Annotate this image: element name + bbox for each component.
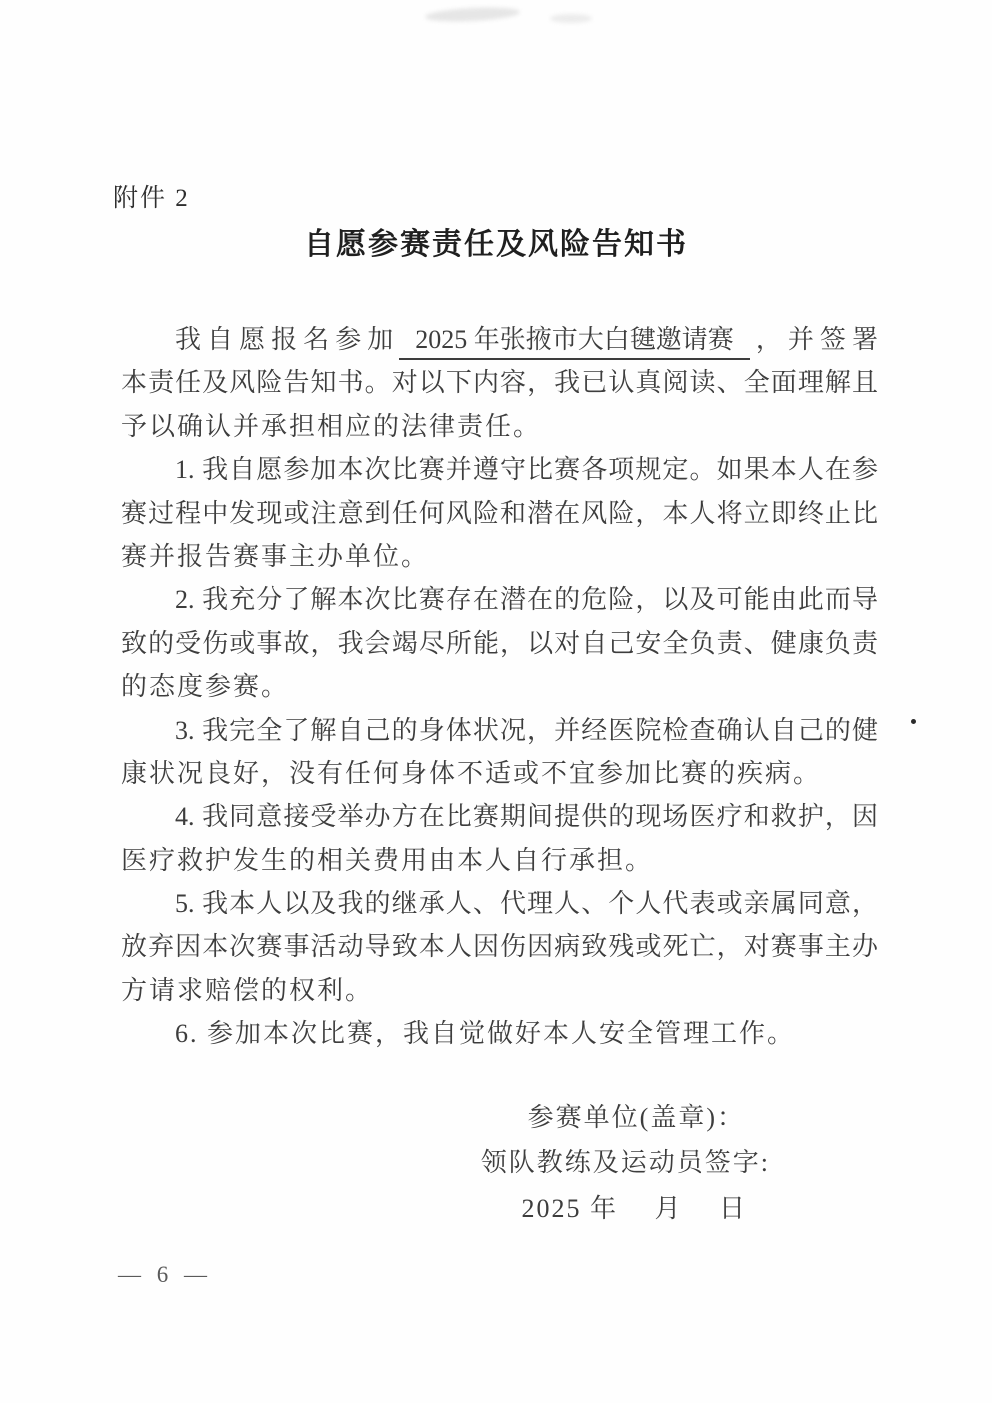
clause-3-line-2: 康状况良好，没有任何身体不适或不宜参加比赛的疾病。 <box>121 752 878 795</box>
page-number: — 6 — <box>118 1262 212 1288</box>
clause-2-line-1: 2. 我充分了解本次比赛存在潜在的危险，以及可能由此而导 <box>121 578 878 621</box>
intro-line-3: 予以确认并承担相应的法律责任。 <box>121 405 878 448</box>
scanned-document-page: 附件 2 自愿参赛责任及风险告知书 我自愿报名参加2025 年张掖市大白毽邀请赛… <box>0 0 992 1403</box>
clause-5-line-3: 方请求赔偿的权利。 <box>121 969 878 1012</box>
clause-5-line-2: 放弃因本次赛事活动导致本人因伤因病致残或死亡，对赛事主办 <box>121 925 878 968</box>
clause-1-line-2: 赛过程中发现或注意到任何风险和潜在风险，本人将立即终止比 <box>121 492 878 535</box>
clause-4-line-1: 4. 我同意接受举办方在比赛期间提供的现场医疗和救护，因 <box>121 795 878 838</box>
ink-dot-artifact <box>911 719 916 724</box>
clause-4-line-2: 医疗救护发生的相关费用由本人自行承担。 <box>121 839 878 882</box>
clause-5-line-1: 5. 我本人以及我的继承人、代理人、个人代表或亲属同意， <box>121 882 878 925</box>
competition-name-blank: 2025 年张掖市大白毽邀请赛 <box>399 322 750 360</box>
scan-smudge-artifact <box>550 14 592 23</box>
clause-1-line-1: 1. 我自愿参加本次比赛并遵守比赛各项规定。如果本人在参 <box>121 448 878 491</box>
clause-2-line-2: 致的受伤或事故，我会竭尽所能，以对自己安全负责、健康负责 <box>121 622 878 665</box>
signature-date-line: 2025 年 月 日 <box>521 1188 747 1225</box>
clause-2-line-3: 的态度参赛。 <box>121 665 878 708</box>
document-title: 自愿参赛责任及风险告知书 <box>0 219 992 263</box>
intro-line-2: 本责任及风险告知书。对以下内容，我已认真阅读、全面理解且 <box>121 361 878 404</box>
clause-3-line-1: 3. 我完全了解自己的身体状况，并经医院检查确认自己的健 <box>121 709 878 752</box>
clause-1-line-3: 赛并报告赛事主办单位。 <box>121 535 878 578</box>
signature-unit-seal-line: 参赛单位(盖章)： <box>528 1097 745 1134</box>
clause-6-line-1: 6. 参加本次比赛，我自觉做好本人安全管理工作。 <box>121 1012 878 1055</box>
document-body: 我自愿报名参加2025 年张掖市大白毽邀请赛，并签署 本责任及风险告知书。对以下… <box>121 318 878 1056</box>
intro-prefix: 我自愿报名参加 <box>175 325 399 354</box>
intro-suffix: ，并签署 <box>750 325 878 354</box>
scan-smudge-artifact <box>425 6 521 24</box>
intro-line-1: 我自愿报名参加2025 年张掖市大白毽邀请赛，并签署 <box>121 318 878 361</box>
signature-leader-coach-athlete-line: 领队教练及运动员签字: <box>481 1142 770 1179</box>
competition-name: 2025 年张掖市大白毽邀请赛 <box>415 325 734 354</box>
attachment-label: 附件 2 <box>113 178 190 214</box>
